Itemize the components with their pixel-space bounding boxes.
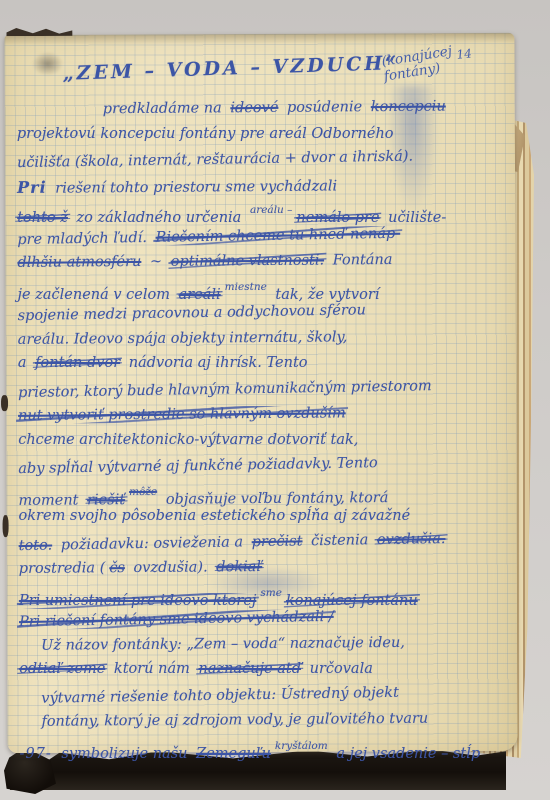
handwriting-text: areálu. Ideovo spája objekty internátu, … [16,329,350,348]
handwriting-line: nut vytvoriť prostredie so hlavným ovzdu… [16,400,512,429]
struck-text: dokiaľ [214,559,264,575]
struck-text: môže [127,485,159,497]
handwriting-text: je začlenená v celom [16,286,177,302]
handwriting-text: ktorú nám [107,661,196,677]
struck-text: fontán dvor [33,355,122,371]
handwriting-text: okrem svojho pôsobenia estetického spĺňa… [17,508,413,524]
handwriting-text: výtvarné riešenie tohto objektu: Ústredn… [39,684,401,706]
struck-text: naznačuje atď [196,661,303,677]
handwriting-body: predkladáme na ideové posúdenie koncepci… [15,95,514,760]
struck-text: Zemeguľu [194,745,273,761]
handwriting-line: prostredia (čs ovzdušia). dokiaľ [17,553,513,582]
handwriting-text: ovzdušia). [127,559,215,576]
handwriting-text: učilišťa (škola, internát, reštaurácia +… [15,148,415,171]
struck-text: koncepciu [369,99,448,116]
inserted-text: sme [258,586,284,598]
handwriting-text: chceme architektonicko-výtvarne dotvoriť… [16,431,360,447]
handwriting-text: symbolizuje našu [59,745,194,761]
handwriting-text: spojenie medzi pracovnou a oddychovou sf… [16,302,369,324]
page-title: „ZEM – VODA – VZDUCH“ [62,52,399,85]
struck-text: Riešením chceme tu hneď nenáp- [153,225,402,245]
handwriting-text: určovala [303,661,375,677]
handwriting-text: Pri [15,177,49,196]
struck-text: Pri riešení fontány sme ideovo vychádzal… [17,609,336,630]
struck-text: tohto ž [15,210,70,226]
handwriting-line: a fontán dvor nádvoria aj ihrísk. Tento [16,351,512,377]
handwriting-line: okrem svojho pôsobenia estetického spĺňa… [17,504,513,530]
struck-text: odtiaľ zeme [17,661,107,677]
handwriting-text: prostredia ( [17,560,108,577]
struck-text: ovzdušia. [375,530,448,547]
worn-edge-mark [3,515,9,537]
handwriting-text: projektovú koncepciu fontány pre areál O… [15,125,396,141]
worn-edge-mark [1,395,8,411]
handwriting-text: -97- [18,745,60,761]
handwriting-line: dlhšiu atmosféru ~ optimálne vlastnosti.… [15,247,511,276]
struck-text: čs [107,560,127,576]
pencil-smudge [31,51,65,77]
handwriting-text: predkladáme na [101,100,229,117]
handwriting-text: fontány, ktorý je aj zdrojom vody, je gu… [39,711,430,730]
handwriting-text: a [16,355,33,371]
handwriting-line: areálu. Ideovo spája objekty internátu, … [16,324,512,353]
handwriting-text: priestor, ktorý bude hlavným komunikačný… [16,378,434,401]
struck-text: dlhšiu atmosféru [15,254,143,271]
page-top-shadow [4,33,514,45]
inserted-text: miestne [223,280,269,292]
handwriting-line: moment riešiťmôže objasňuje voľbu fontán… [16,477,512,506]
handwriting-line: odtiaľ zeme ktorú nám naznačuje atď určo… [17,657,513,683]
handwriting-text: Fontána [326,252,395,269]
handwriting-text: aby spĺňal výtvarné aj funkčné požiadavk… [16,455,380,477]
struck-text: optimálne vlastnosti. [169,252,326,269]
notebook-photo: 14 „ZEM – VODA – VZDUCH“ (konajúcej font… [0,0,550,800]
handwriting-line: Pri riešení tohto priestoru sme vychádza… [15,171,511,200]
handwriting-text: riešení tohto priestoru sme vychádzali [49,178,340,196]
title-annotation: (konajúcej fontány) [381,44,456,85]
handwriting-line: fontány, ktorý je aj zdrojom vody, je gu… [17,706,513,735]
handwriting-text: ~ [143,254,168,270]
worn-edge-mark [6,27,72,36]
handwriting-text: požiadavku: osvieženia a [54,534,250,553]
handwriting-text: nádvoria aj ihrísk. Tento [122,355,309,371]
handwriting-line: tohto ž zo základného určenia areálu –ne… [15,198,511,224]
title-row: „ZEM – VODA – VZDUCH“ (konajúcej fontány… [62,49,492,85]
handwriting-line: predkladáme na ideové posúdenie koncepci… [15,94,511,123]
handwriting-text: zo základného určenia [70,210,248,226]
notebook-page: 14 „ZEM – VODA – VZDUCH“ (konajúcej font… [4,33,517,753]
inserted-text: kryštálom [273,739,330,751]
struck-text: ideové [228,100,280,116]
handwriting-line: Už názov fontánky: „Zem – voda“ naznačuj… [17,630,513,659]
handwriting-text: pre mladých ľudí. [15,229,154,247]
struck-text: prečist [250,533,305,550]
handwriting-text: posúdenie [280,99,369,116]
handwriting-text: a jej vsadenie – stĺp [330,745,482,761]
handwriting-line: -97- symbolizuje našu Zemeguľukryštálom … [18,733,514,759]
struck-text: nut vytvoriť prostredie so hlavným ovzdu… [16,405,348,424]
handwriting-text: čistenia [304,532,375,549]
struck-text: toto. [17,537,55,554]
inserted-text: areálu – [248,204,294,216]
handwriting-text: Už názov fontánky: „Zem – voda“ naznačuj… [39,634,407,653]
